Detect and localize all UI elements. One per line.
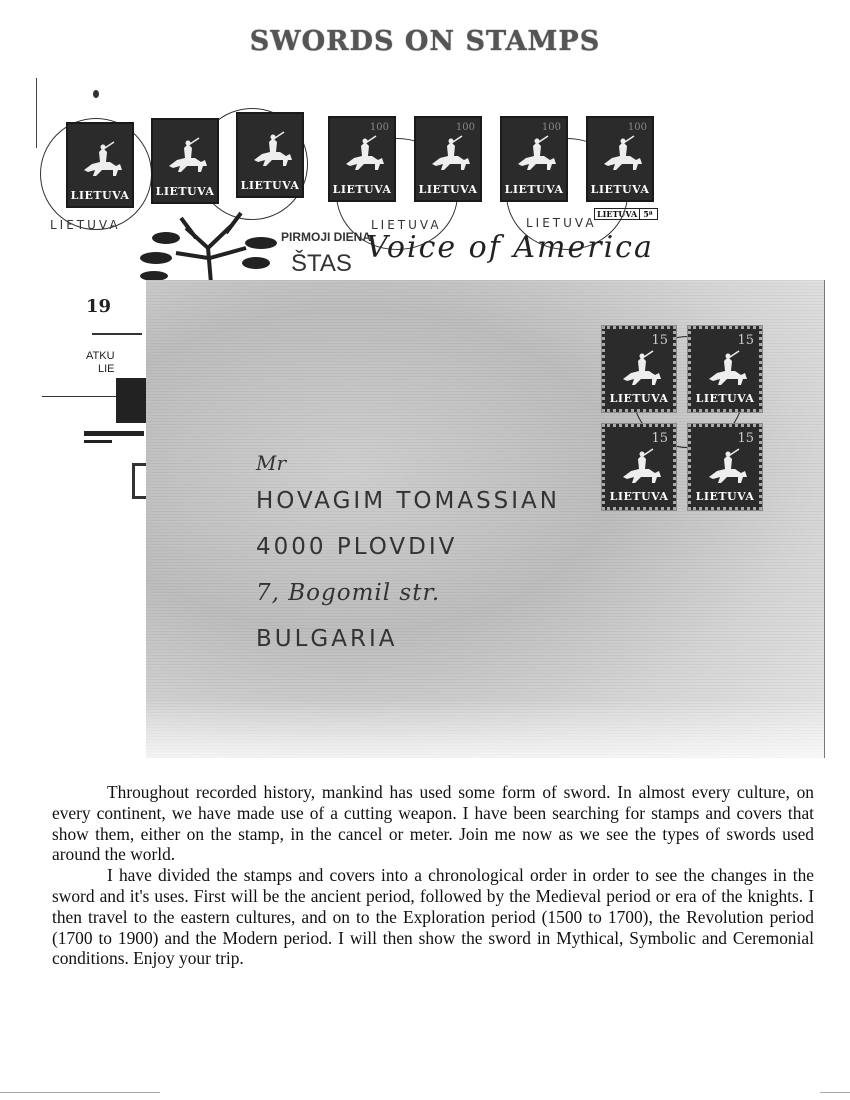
cachet-text: ATKU LIE — [86, 350, 115, 376]
stamp: 15 LIETUVA — [602, 326, 676, 412]
front-cover: 15 LIETUVA 15 LIETUVA 15 LIETUVA 15 LIET… — [146, 280, 825, 758]
address-name: HOVAGIM TOMASSIAN — [256, 478, 560, 524]
divider — [42, 396, 122, 397]
tree-cachet-icon — [136, 208, 286, 283]
address-city: 4000 PLOVDIV — [256, 524, 560, 570]
knight-icon — [342, 134, 386, 178]
page-title: SWORDS ON STAMPS — [0, 26, 850, 57]
cover-fade — [146, 698, 824, 758]
knight-icon — [619, 447, 663, 491]
recipient-address: Mr HOVAGIM TOMASSIAN 4000 PLOVDIV 7, Bog… — [256, 448, 560, 662]
stamp-block: 15 LIETUVA 15 LIETUVA 15 LIETUVA 15 LIET… — [602, 326, 766, 518]
stamp: LIETUVA — [66, 122, 134, 208]
knight-icon — [80, 140, 124, 184]
stamp: 100 LIETUVA — [414, 116, 482, 202]
stamp: LIETUVA — [151, 118, 219, 204]
knight-icon — [619, 349, 663, 393]
cover-edge — [36, 78, 37, 148]
knight-icon — [250, 130, 294, 174]
knight-icon — [428, 134, 472, 178]
cachet-bar — [84, 440, 112, 443]
knight-icon — [514, 134, 558, 178]
stamp: 100 LIETUVA — [500, 116, 568, 202]
cachet-bar — [84, 431, 144, 436]
paragraph: I have divided the stamps and covers int… — [52, 865, 814, 969]
stamp: 15 LIETUVA — [688, 326, 762, 412]
handwritten-note: Voice of America — [366, 230, 654, 265]
address-salutation: Mr — [256, 448, 560, 478]
cachet-caption: PIRMOJI DIENA — [281, 230, 371, 244]
address-country: BULGARIA — [256, 616, 560, 662]
knight-icon — [600, 134, 644, 178]
stamp: 100 LIETUVA — [328, 116, 396, 202]
paragraph: Throughout recorded history, mankind has… — [52, 782, 814, 865]
stamp: LIETUVA — [236, 112, 304, 198]
ink-mark — [93, 90, 99, 98]
stamp: 15 LIETUVA — [602, 424, 676, 510]
intro-text: Throughout recorded history, mankind has… — [52, 782, 814, 969]
stamp: 100 LIETUVA — [586, 116, 654, 202]
postmark-text: LIETUVA — [50, 218, 121, 232]
cachet-graphic — [116, 378, 146, 423]
cachet-title: ŠTAS — [291, 250, 352, 278]
postage-meter: LIETUVA 5ª — [594, 208, 658, 220]
address-street: 7, Bogomil str. — [256, 570, 560, 616]
footer-rule — [0, 1092, 160, 1093]
divider — [92, 333, 142, 335]
postmark-text: LIETUVA — [526, 216, 597, 230]
knight-icon — [705, 349, 749, 393]
stamp: 15 LIETUVA — [688, 424, 762, 510]
knight-icon — [165, 136, 209, 180]
footer-rule — [820, 1092, 850, 1093]
cachet-year: 19 — [86, 296, 111, 317]
knight-icon — [705, 447, 749, 491]
